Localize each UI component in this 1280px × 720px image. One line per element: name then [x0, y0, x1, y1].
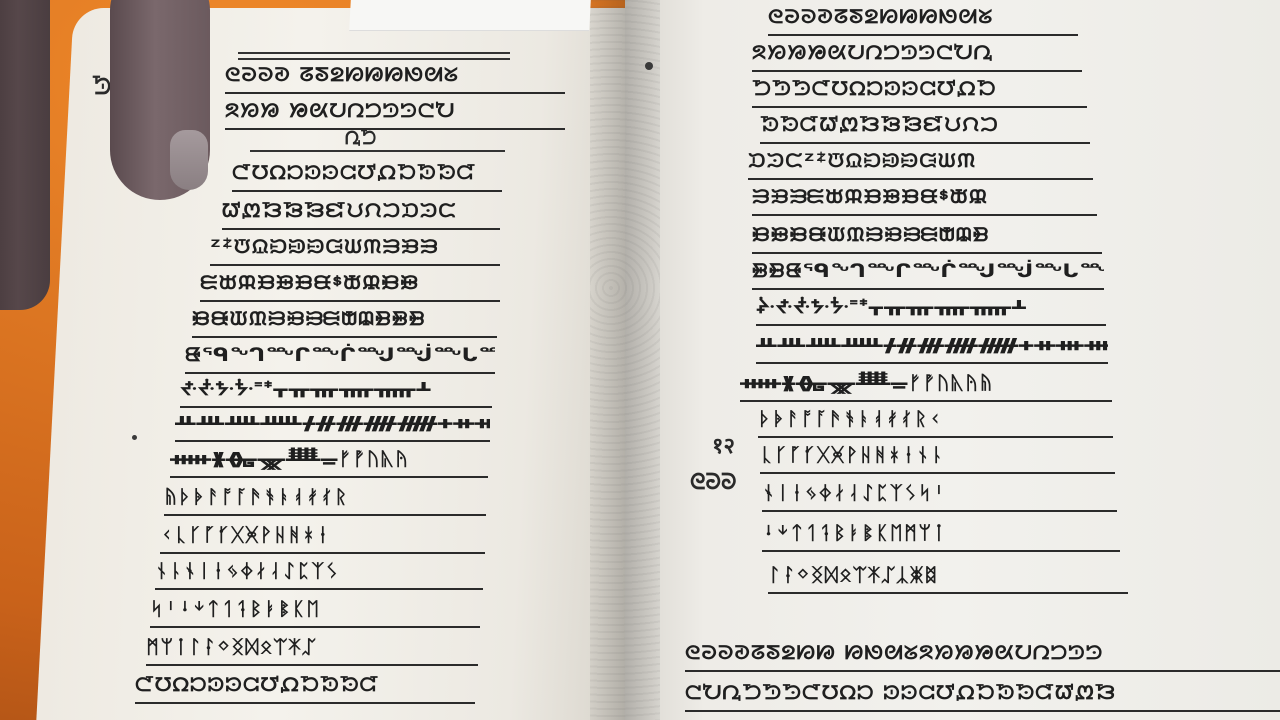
manuscript-text: ᙓᙔᙕᙖᙗᙘᙙᙚᙛᙜᙝᙞ — [200, 272, 419, 296]
manuscript-text: ᘓᘒᘐᘑ ᘔᘕᘖᘗᘘᘙᘚᘛᘜ — [225, 64, 459, 88]
manuscript-text: ᚳᚴᚵᚶᚷᚸᚹᚺᚻᚼᚽᚾᚿ — [760, 444, 945, 468]
manuscript-text: ᚔᚕᚖᚗᚘᚙᚚᚠᚡᚢᚣᚤᚥ — [740, 372, 993, 396]
left-line-7: ᙺᙻᙼᙽᙾᙿᚁᚂᚃᚄᚅᚆ — [180, 376, 492, 408]
inserted-paper-slip — [349, 0, 591, 31]
manuscript-text: ᛀᛁᛂᛃᛄᛅᛆᛇᛈᛉᛊᛋᛌ — [762, 482, 947, 506]
manuscript-text: ᘝᘞᘟᘠᘡᘢᘣᘤᘥᘦᘧᘨᘩ — [752, 42, 994, 66]
header-rule-bottom — [250, 150, 505, 152]
right-line-13: ᚳᚴᚵᚶᚷᚸᚹᚺᚻᚼᚽᚾᚿ — [760, 442, 1115, 474]
manuscript-text: ᙬᙯᙰᙱᙲᙳᙴᙵᙶᙷᙸᙹ — [185, 344, 495, 368]
manuscript-text: ᙪᙫᙬᙯᙰᙱᙲᙳᙴᙵᙶᙷᙸ — [752, 260, 1104, 284]
right-line-12: ᚦᚧᚨᚩᚪᚫᚬᚭᚮᚯᚰᚱᚲ — [758, 406, 1113, 438]
right-line-5: ᙃᙄᙅᙆᙇᙈᙉᙊᙋᙌᙍᙎᙏ — [748, 148, 1093, 180]
manuscript-text: ᚥᚦᚧᚨᚩᚪᚫᚬᚭᚮᚯᚰᚱ — [164, 486, 349, 510]
right-line-16: ᛚᛛᛜᛝᛞᛟᛠᛡᛢᛣᛤᛥ — [768, 562, 1128, 594]
finger — [0, 0, 50, 310]
manuscript-text: ᛚᛛᛜᛝᛞᛟᛠᛡᛢᛣᛤᛥ — [768, 564, 938, 588]
right-line-2: ᘝᘞᘟᘠᘡᘢᘣᘤᘥᘦᘧᘨᘩ — [752, 40, 1082, 72]
manuscript-text: ᙃᙄᙅᙆᙇᙈᙉᙊᙋᙌᙍᙎᙏ — [748, 150, 976, 174]
right-line-4: ᘷᘸᘹᘺᘻᘼᘽᘾᘿᙀᙁᙂ — [760, 112, 1090, 144]
left-line-14: ᛗᛘᛙᛚᛛᛜᛝᛞᛟᛠᛡᛢ — [146, 634, 478, 666]
right-line-9: ᙹᙺᙻᙼᙽᙾᙿᚁᚂᚃᚄᚅᚆ — [756, 294, 1106, 326]
header-rule-top-2 — [238, 58, 510, 60]
book-gutter — [590, 0, 660, 720]
header-rule-top — [238, 52, 510, 54]
right-line-11: ᚔᚕᚖᚗᚘᚙᚚᚠᚡᚢᚣᚤᚥ — [740, 370, 1112, 402]
left-line-3: ᙆᙇᙈᙉᙊᙋᙌᙍᙎᙏᙐᙑᙒ — [210, 234, 500, 266]
left-header-line-2: ᘝᘞᘟ ᘠᘡᘢᘣᘤᘥᘦᘧᘨ — [225, 98, 565, 130]
manuscript-text: ᚲᚳᚴᚵᚶᚷᚸᚹᚺᚻᚼᚽ — [160, 524, 330, 548]
manuscript-text: ᙐᙑᙒᙓᙔᙕᙖᙗᙘᙙᙚᙛᙜ — [752, 186, 988, 210]
left-line-9: ᚔᚕᚖᚗᚘᚙᚚᚠᚡᚢᚣᚤ — [170, 446, 488, 478]
manuscript-text: ᘧᘨᘩᘪᘫᘬᘭᘮᘯᘰ ᘱᘲᘳᘴᘵᘶᘷᘸᘹᘺᘻᘼ — [685, 682, 1116, 706]
manuscript-text: ᙝᙞᙟᙠᙡᙢᙣᙤᙥᙦᙧᙨᙩ — [752, 224, 990, 248]
photo-scene: ᘓᘒᘐᘑ ᘔᘕᘖᘗᘘᘙᘚᘛᘜ ᘝᘞᘟ ᘠᘡᘢᘣᘤᘥᘦᘧᘨ ᘩᘪ ᘫᘬ ᘭᘮᘯᘰᘱ… — [0, 0, 1280, 720]
left-line-13: ᛋᛌᛍᛎᛏᛐᛑᛒᛓᛔᛕᛖ — [150, 596, 480, 628]
manuscript-text: ᘓᘒᘐᘑᘔᘕᘖᘗᘘ ᘙᘚᘛᘜᘝᘞᘟᘠᘡᘢᘣᘤᘥᘦ — [685, 642, 1103, 666]
right-line-7: ᙝᙞᙟᙠᙡᙢᙣᙤᙥᙦᙧᙨᙩ — [752, 222, 1102, 254]
holding-hand — [0, 0, 180, 340]
right-line-3: ᘪᘫᘬᘭᘮᘯᘰᘱᘲᘳᘴᘵᘶ — [752, 76, 1087, 108]
ink-dot — [132, 435, 137, 440]
manuscript-text: ᘪᘫᘬᘭᘮᘯᘰᘱᘲᘳᘴᘵᘶ — [752, 78, 997, 102]
manuscript-text: ᘷᘸᘹᘺᘻᘼᘽᘾᘿᙀᙁᙂ — [760, 114, 999, 138]
manuscript-text: ᚇᚈᚉᚊᚋᚌᚍᚎᚏᚐᚑᚒᚓ — [175, 412, 490, 436]
manuscript-text: ᘭᘮᘯᘰᘱᘲᘳᘴᘵᘶᘷᘸᘹ — [232, 162, 477, 186]
right-line-15: ᛍᛎᛏᛐᛑᛒᛓᛔᛕᛖᛗᛘᛙ — [762, 520, 1120, 552]
right-margin-numeral: १२ — [712, 430, 735, 460]
right-line-14: ᛀᛁᛂᛃᛄᛅᛆᛇᛈᛉᛊᛋᛌ — [762, 480, 1117, 512]
manuscript-text: ᙟᙠᙡᙢᙣᙤᙥᙦᙧᙨᙩᙪᙫ — [192, 308, 426, 332]
manuscript-text: ᛍᛎᛏᛐᛑᛒᛓᛔᛕᛖᛗᛘᛙ — [762, 522, 947, 546]
manuscript-text: ᚾᚿᛀᛁᛂᛃᛄᛅᛆᛇᛈᛉᛊ — [155, 560, 340, 584]
thumbnail — [170, 130, 208, 190]
right-bottom-line-2: ᘧᘨᘩᘪᘫᘬᘭᘮᘯᘰ ᘱᘲᘳᘴᘵᘶᘷᘸᘹᘺᘻᘼ — [685, 680, 1280, 712]
right-line-8: ᙪᙫᙬᙯᙰᙱᙲᙳᙴᙵᙶᙷᙸ — [752, 258, 1104, 290]
manuscript-text: ᚇᚈᚉᚊᚋᚌᚍᚎᚏᚐᚑᚒᚓ — [756, 334, 1108, 358]
manuscript-text: ᙹᙺᙻᙼᙽᙾᙿᚁᚂᚃᚄᚅᚆ — [756, 296, 1027, 320]
left-line-10: ᚥᚦᚧᚨᚩᚪᚫᚬᚭᚮᚯᚰᚱ — [164, 484, 486, 516]
left-line-12: ᚾᚿᛀᛁᛂᛃᛄᛅᛆᛇᛈᛉᛊ — [155, 558, 483, 590]
manuscript-text: ᘭᘮᘯᘰᘱᘲᘳᘴᘵᘶᘷᘸᘹ — [135, 674, 380, 698]
left-line-5: ᙟᙠᙡᙢᙣᙤᙥᙦᙧᙨᙩᙪᙫ — [192, 306, 497, 338]
left-line-6: ᙬᙯᙰᙱᙲᙳᙴᙵᙶᙷᙸᙹ — [185, 342, 495, 374]
manuscript-text: ᛋᛌᛍᛎᛏᛐᛑᛒᛓᛔᛕᛖ — [150, 598, 320, 622]
left-line-11: ᚲᚳᚴᚵᚶᚷᚸᚹᚺᚻᚼᚽ — [160, 522, 485, 554]
left-header-line-1: ᘓᘒᘐᘑ ᘔᘕᘖᘗᘘᘙᘚᘛᘜ — [225, 62, 565, 94]
left-line-8: ᚇᚈᚉᚊᚋᚌᚍᚎᚏᚐᚑᚒᚓ — [175, 410, 490, 442]
manuscript-text: ᙆᙇᙈᙉᙊᙋᙌᙍᙎᙏᙐᙑᙒ — [210, 236, 437, 260]
manuscript-text: ᘺᘻᘼᘽᘾᘿᙀᙁᙂᙃᙄᙅ — [222, 200, 457, 224]
manuscript-text: ᘝᘞᘟ ᘠᘡᘢᘣᘤᘥᘦᘧᘨ — [225, 100, 455, 124]
left-line-4: ᙓᙔᙕᙖᙗᙘᙙᙚᙛᙜᙝᙞ — [200, 270, 500, 302]
left-line-2: ᘺᘻᘼᘽᘾᘿᙀᙁᙂᙃᙄᙅ — [222, 198, 500, 230]
right-line-6: ᙐᙑᙒᙓᙔᙕᙖᙗᙘᙙᙚᙛᙜ — [752, 184, 1097, 216]
manuscript-text: ᛗᛘᛙᛚᛛᛜᛝᛞᛟᛠᛡᛢ — [146, 636, 316, 660]
left-subheading: ᘩᘪ — [345, 128, 376, 149]
manuscript-text: ᙺᙻᙼᙽᙾᙿᚁᚂᚃᚄᚅᚆ — [180, 378, 431, 402]
manuscript-text: ᚦᚧᚨᚩᚪᚫᚬᚭᚮᚯᚰᚱᚲ — [758, 408, 943, 432]
right-line-10: ᚇᚈᚉᚊᚋᚌᚍᚎᚏᚐᚑᚒᚓ — [756, 332, 1108, 364]
right-line-1: ᘓᘒᘐᘑᘔᘕᘖᘗᘘᘙᘚᘛᘜ — [768, 4, 1078, 36]
manuscript-text: ᚔᚕᚖᚗᚘᚙᚚᚠᚡᚢᚣᚤ — [170, 448, 409, 472]
manuscript-text: ᘓᘒᘐᘑᘔᘕᘖᘗᘘᘙᘚᘛᘜ — [768, 6, 994, 30]
right-bottom-line-1: ᘓᘒᘐᘑᘔᘕᘖᘗᘘ ᘙᘚᘛᘜᘝᘞᘟᘠᘡᘢᘣᘤᘥᘦ — [685, 640, 1280, 672]
left-line-1: ᘭᘮᘯᘰᘱᘲᘳᘴᘵᘶᘷᘸᘹ — [232, 160, 502, 192]
left-line-15: ᘭᘮᘯᘰᘱᘲᘳᘴᘵᘶᘷᘸᘹ — [135, 672, 475, 704]
right-margin-word: ᘓᘒᘐ — [690, 470, 736, 495]
ink-spot — [645, 62, 653, 70]
